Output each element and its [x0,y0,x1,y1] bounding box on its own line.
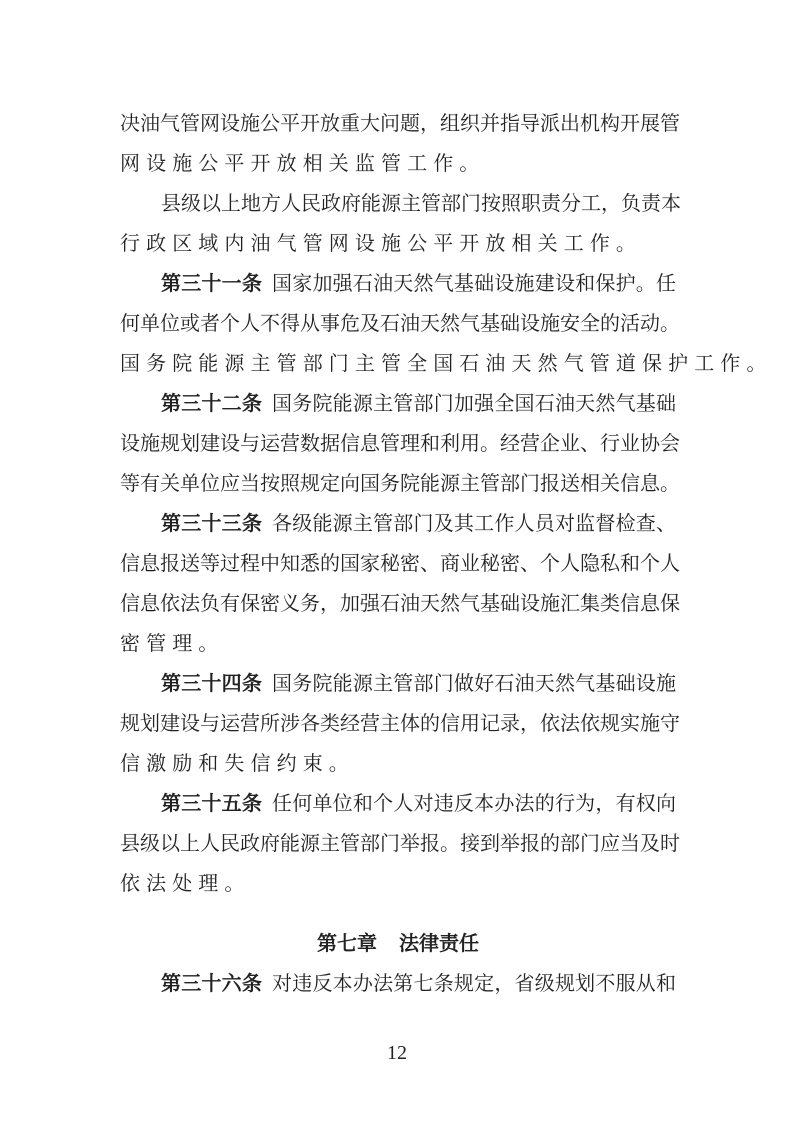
article-heading: 第三十四条 [161,671,262,695]
article-heading: 第三十三条 [161,511,262,535]
paragraph-line: 规划建设与运营所涉各类经营主体的信用记录，依法依规实施守 [120,708,676,738]
paragraph-text: 对违反本办法第七条规定，省级规划不服从和 [272,971,676,995]
article-32-first-line: 第三十二条国务院能源主管部门加强全国石油天然气基础 [120,388,676,418]
chapter-number: 第七章 [317,931,377,955]
article-35-first-line: 第三十五条任何单位和个人对违反本办法的行为，有权向 [120,788,676,818]
paragraph-line: 决油气管网设施公平开放重大问题，组织并指导派出机构开展管 [120,108,676,138]
chapter-heading: 第七章法律责任 [120,928,676,958]
paragraph-line: 信激励和失信约束。 [120,748,676,778]
article-31-first-line: 第三十一条国家加强石油天然气基础设施建设和保护。任 [120,268,676,298]
paragraph-text: 任何单位和个人对违反本办法的行为，有权向 [272,791,676,815]
page-number: 12 [0,1042,794,1065]
paragraph-line: 信息依法负有保密义务，加强石油天然气基础设施汇集类信息保 [120,588,676,618]
paragraph-line: 县级以上人民政府能源主管部门举报。接到举报的部门应当及时 [120,828,676,858]
article-36-first-line: 第三十六条对违反本办法第七条规定，省级规划不服从和 [120,968,676,998]
article-heading: 第三十六条 [161,971,262,995]
article-heading: 第三十五条 [161,791,262,815]
paragraph-text: 国务院能源主管部门加强全国石油天然气基础 [272,391,676,415]
paragraph-text: 国家加强石油天然气基础设施建设和保护。任 [272,271,676,295]
paragraph-line: 何单位或者个人不得从事危及石油天然气基础设施安全的活动。 [120,308,676,338]
paragraph-text: 各级能源主管部门及其工作人员对监督检查、 [272,511,676,535]
article-33-first-line: 第三十三条各级能源主管部门及其工作人员对监督检查、 [120,508,676,538]
article-heading: 第三十一条 [161,271,262,295]
chapter-title: 法律责任 [399,931,479,955]
article-34-first-line: 第三十四条国务院能源主管部门做好石油天然气基础设施 [120,668,676,698]
paragraph-text: 国务院能源主管部门做好石油天然气基础设施 [272,671,676,695]
paragraph-line: 设施规划建设与运营数据信息管理和利用。经营企业、行业协会 [120,428,676,458]
paragraph-line: 等有关单位应当按照规定向国务院能源主管部门报送相关信息。 [120,468,676,498]
paragraph-line: 网设施公平开放相关监管工作。 [120,148,676,178]
paragraph-line: 信息报送等过程中知悉的国家秘密、商业秘密、个人隐私和个人 [120,548,676,578]
article-heading: 第三十二条 [161,391,262,415]
paragraph-line: 依法处理。 [120,868,676,898]
paragraph-line: 县级以上地方人民政府能源主管部门按照职责分工，负责本 [120,188,676,218]
paragraph-line: 国务院能源主管部门主管全国石油天然气管道保护工作。 [120,348,676,378]
paragraph-line: 行政区域内油气管网设施公平开放相关工作。 [120,228,676,258]
paragraph-line: 密管理。 [120,628,676,658]
